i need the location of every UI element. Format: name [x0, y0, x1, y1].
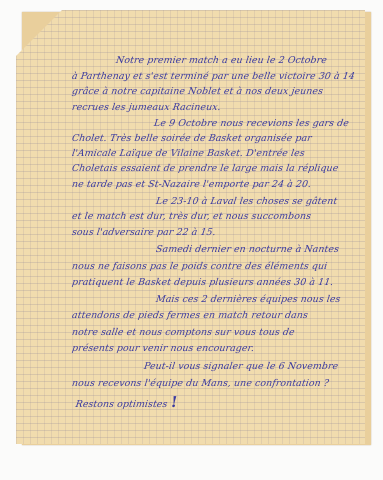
text-line: Restons optimistes !: [75, 393, 179, 411]
text-line: ne tarde pas et St-Nazaire l'emporte par…: [71, 179, 312, 190]
text-line: Le 23-10 à Laval les choses se gâtent: [155, 196, 338, 207]
text-line: notre salle et nous comptons sur vous to…: [71, 327, 295, 338]
text-line: pratiquent le Basket depuis plusieurs an…: [71, 277, 334, 288]
text-line: nous ne faisons pas le poids contre des …: [71, 261, 328, 272]
text-line: sous l'adversaire par 22 à 15.: [71, 227, 216, 238]
text-line: grâce à notre capitaine Noblet et à nos …: [71, 86, 324, 97]
text-line: présents pour venir nous encourager.: [71, 343, 255, 354]
handwritten-text: Notre premier match a eu lieu le 2 Octob…: [16, 10, 365, 444]
text-line: Samedi dernier en nocturne à Nantes: [155, 244, 339, 255]
letter-page: Notre premier match a eu lieu le 2 Octob…: [16, 10, 365, 444]
text-line: l'Amicale Laïque de Vilaine Basket. D'en…: [71, 148, 305, 159]
closing-text: Restons optimistes: [75, 399, 168, 410]
text-line: recrues les jumeaux Racineux.: [71, 102, 221, 113]
text-line: Cholet. Très belle soirée de Basket orga…: [71, 133, 312, 144]
text-line: Peut-il vous signaler que le 6 Novembre: [143, 361, 339, 372]
exclamation-mark: !: [170, 393, 179, 411]
text-line: Mais ces 2 dernières équipes nous les: [155, 294, 341, 305]
text-line: à Parthenay et s'est terminé par une bel…: [71, 71, 355, 82]
text-line: nous recevons l'équipe du Mans, une conf…: [71, 378, 329, 389]
text-line: Notre premier match a eu lieu le 2 Octob…: [115, 55, 327, 66]
text-line: Choletais essaient de prendre le large m…: [71, 163, 339, 174]
text-line: Le 9 Octobre nous recevions les gars de: [153, 118, 349, 129]
text-line: et le match est dur, très dur, et nous s…: [71, 211, 312, 222]
text-line: attendons de pieds fermes en match retou…: [71, 310, 308, 321]
